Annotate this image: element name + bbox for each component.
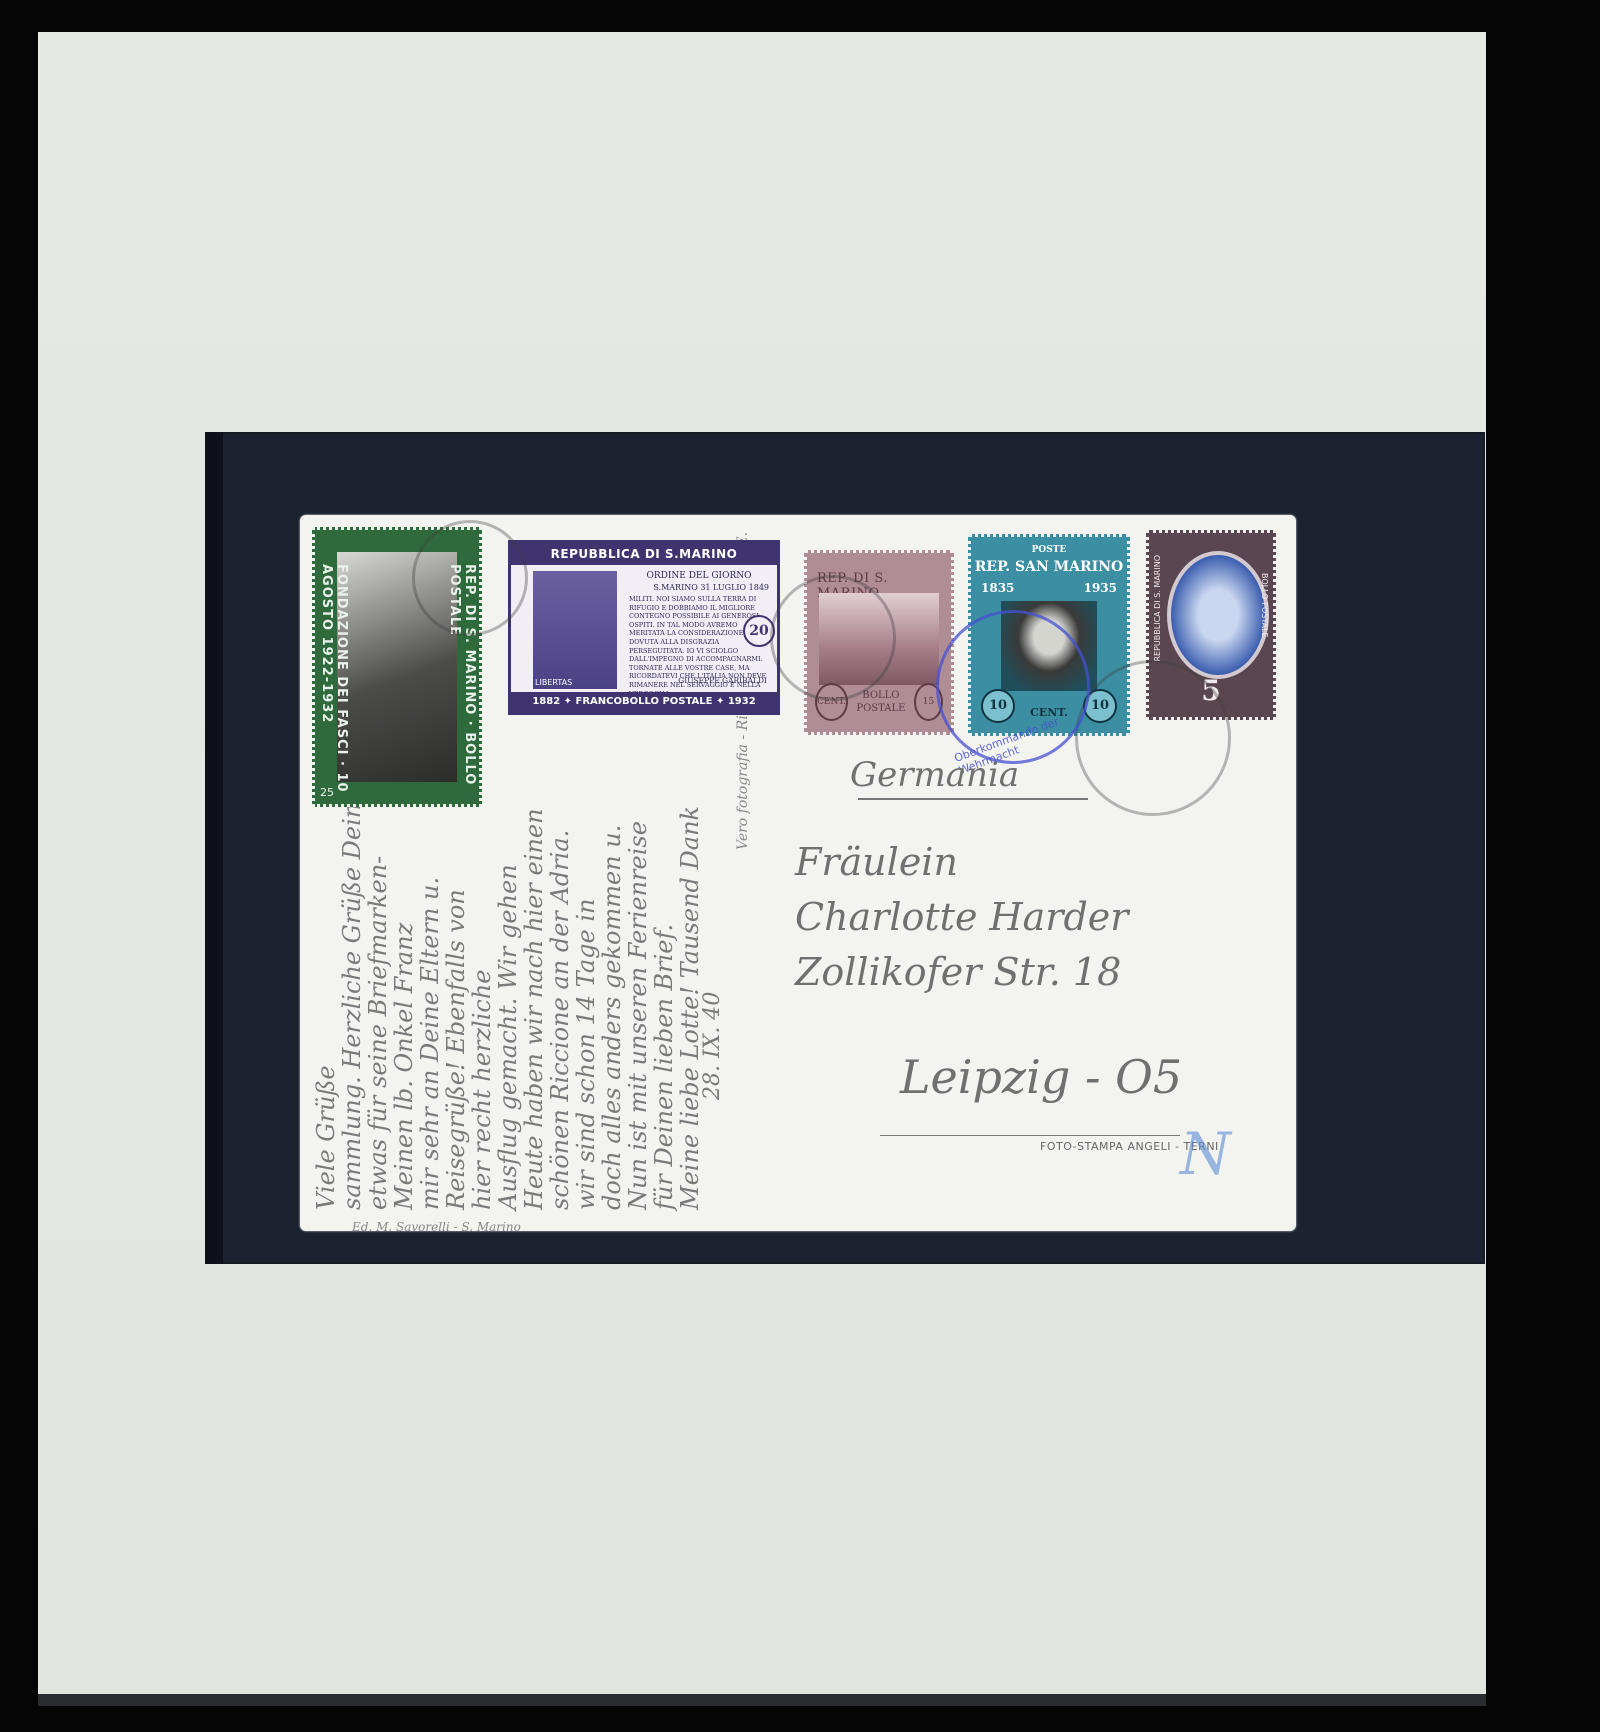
address-line [880,1135,1180,1136]
stamp-value: 25 [320,786,334,799]
mount-edge [205,432,223,1264]
message-line: Reisegrüße! Ebenfalls von [442,889,470,1210]
message-line: wir sind schon 14 Tage in [572,899,600,1210]
message-line: doch alles anders gekommen u. [598,825,626,1210]
message-line: Nun ist mit unseren Ferienreise [624,821,652,1210]
blue-crayon-mark: N [1180,1120,1231,1188]
message-line: Meine liebe Lotte! Tausend Dank [676,806,704,1210]
stamp-footer: 1882 ✦ FRANCOBOLLO POSTALE ✦ 1932 [511,692,777,712]
castle-vignette [1167,551,1269,679]
message-line: mir sehr an Deine Eltern u. [416,877,444,1210]
address-country: Germania [850,755,1019,795]
stamp-text-left: FONDAZIONE DEI FASCI · 10 AGOSTO 1922-19… [319,564,349,804]
stamp-text-left: REPUBBLICA DI S. MARINO [1153,555,1162,662]
message-line: hier recht herzliche [468,969,496,1210]
address-salutation: Fräulein [795,840,958,884]
stamp-title: ORDINE DEL GIORNO [629,571,769,581]
stamp-subtitle: S.MARINO 31 LUGLIO 1849 [629,583,769,592]
album-page-edge [38,1694,1486,1706]
publisher-credit: Ed. M. Savorelli - S. Marino [352,1220,521,1234]
message-line: Ausflug gemacht. Wir gehen [494,864,522,1210]
censor-stamp: Oberkommando der Wehrmacht [936,610,1090,764]
message-line: für Deinen lieben Brief. [650,924,678,1210]
postmark-cancel [770,575,896,701]
message-line: schönen Riccione an der Adria. [546,830,574,1210]
message-line: Meinen lb. Onkel Franz [390,923,418,1210]
garibaldi-portrait [533,571,617,689]
stamp-year-right: 1935 [1084,581,1117,595]
country-underline [858,798,1088,800]
address-street: Zollikofer Str. 18 [795,950,1121,994]
stamp-year-left: 1835 [981,581,1014,595]
stamp-top-text: POSTE [971,545,1127,555]
postmark-cancel [412,520,528,636]
stamp-garibaldi-violet: REPUBBLICA DI S.MARINO LIBERTAS ORDINE D… [508,540,780,715]
address-city: Leipzig - O5 [900,1050,1182,1104]
portrait-caption: LIBERTAS [535,678,572,687]
message-line: etwas für seine Briefmarken- [364,856,392,1210]
message-line: Viele Grüße [312,1065,340,1210]
stamp-country-name: REP. SAN MARINO [971,559,1127,575]
message-line: Heute haben wir nach hier einen [520,808,548,1210]
address-name: Charlotte Harder [795,895,1128,939]
stamp-header: REPUBBLICA DI S.MARINO [511,543,777,565]
stamp-text-right: BOLLO POSTALE [1260,573,1269,638]
postmark-cancel [1075,660,1231,816]
stamp-signature: GIUSEPPE GARIBALDI [678,676,767,685]
